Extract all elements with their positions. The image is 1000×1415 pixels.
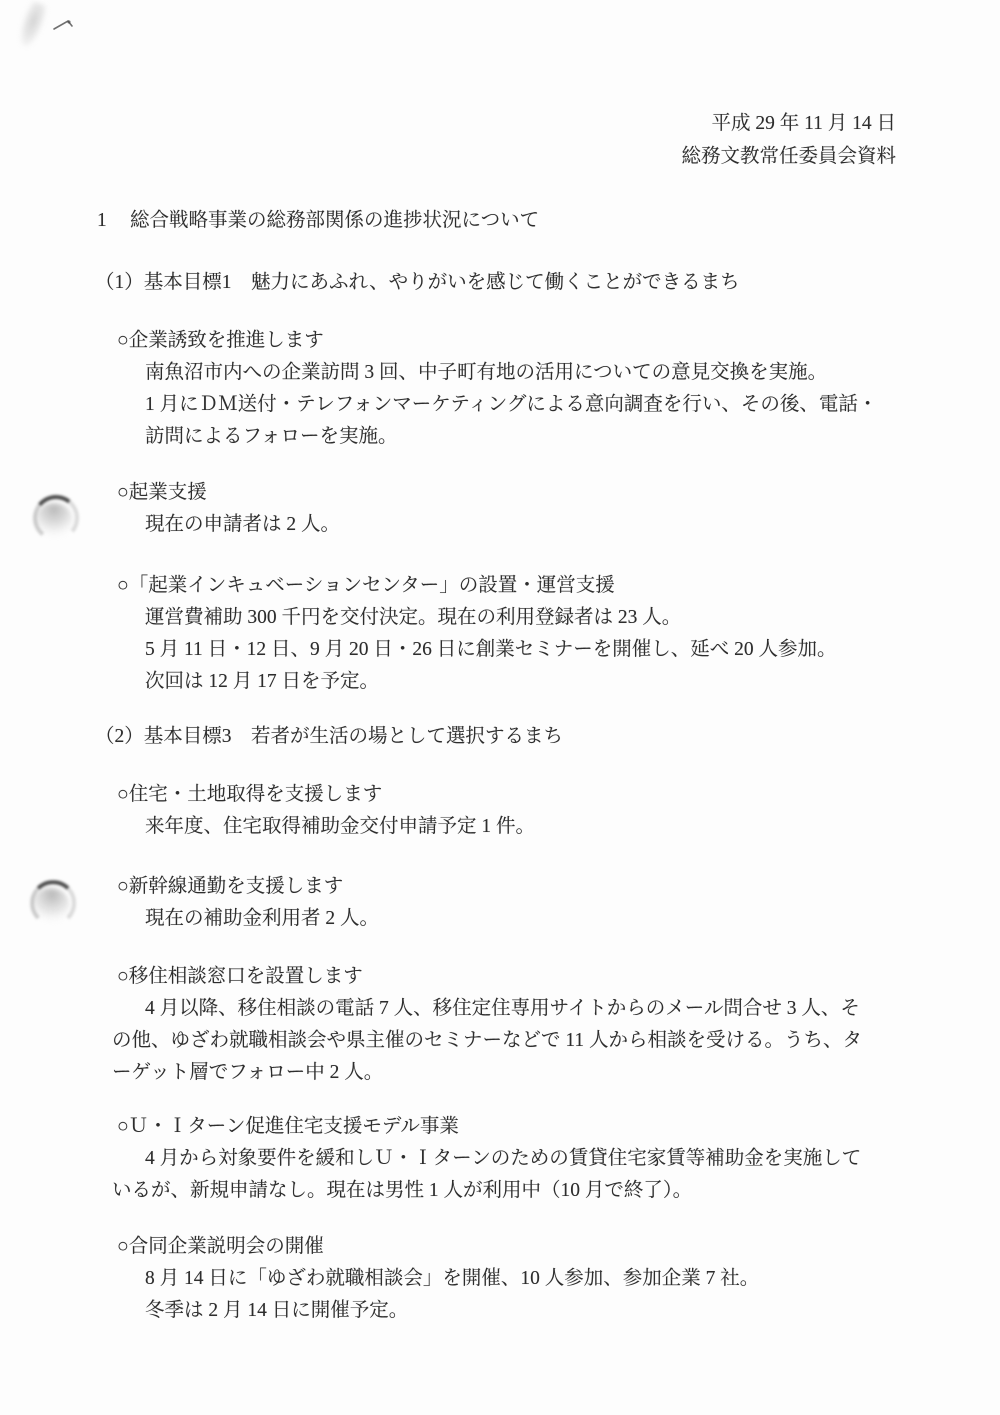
document-title-number: 1: [97, 205, 130, 237]
item-body-line: 南魚沼市内への企業訪問 3 回、中子町有地の活用についての意見交換を実施。: [112, 357, 960, 389]
item-title: ○Ｕ・Ｉターン促進住宅支援モデル事業: [117, 1111, 960, 1143]
item-body-line: ーゲット層でフォロー中 2 人。: [112, 1057, 960, 1089]
item-title: ○新幹線通勤を支援します: [117, 871, 960, 903]
item-body-line: 4 月以降、移住相談の電話 7 人、移住定住専用サイトからのメール問合せ 3 人…: [112, 993, 960, 1025]
item-body-line: 冬季は 2 月 14 日に開催予定。: [112, 1295, 960, 1327]
item-housing-land-support: ○住宅・土地取得を支援します 来年度、住宅取得補助金交付申請予定 1 件。: [112, 779, 960, 843]
item-body-line: の他、ゆざわ就職相談会や県主催のセミナーなどで 11 人から相談を受ける。うち、…: [112, 1025, 960, 1057]
section-heading-goal1: （1）基本目標1 魅力にあふれ、やりがいを感じて働くことができるまち: [95, 267, 740, 299]
item-shinkansen-commute: ○新幹線通勤を支援します 現在の補助金利用者 2 人。: [112, 871, 960, 935]
document-title: 1総合戦略事業の総務部関係の進捗状況について: [97, 205, 539, 237]
scanned-document-page: 平成 29 年 11 月 14 日 総務文教常任委員会資料 1総合戦略事業の総務…: [0, 0, 1000, 1415]
item-body-line: 現在の補助金利用者 2 人。: [112, 903, 960, 935]
item-body-line: 5 月 11 日・12 日、9 月 20 日・26 日に創業セミナーを開催し、延…: [112, 634, 960, 666]
item-ui-turn-housing-model: ○Ｕ・Ｉターン促進住宅支援モデル事業 4 月から対象要件を緩和しＵ・Ｉターンのた…: [112, 1111, 960, 1207]
punch-hole-shadow-bottom: [28, 878, 77, 930]
item-body-line: 訪問によるフォローを実施。: [112, 421, 960, 453]
item-body-line: 来年度、住宅取得補助金交付申請予定 1 件。: [112, 811, 960, 843]
item-incubation-center: ○「起業インキュベーションセンター」の設置・運営支援 運営費補助 300 千円を…: [112, 570, 960, 698]
section-heading-goal3: （2）基本目標3 若者が生活の場として選択するまち: [95, 721, 563, 753]
item-title: ○住宅・土地取得を支援します: [117, 779, 960, 811]
item-body-line: 現在の申請者は 2 人。: [112, 509, 960, 541]
item-body-line: 8 月 14 日に「ゆざわ就職相談会」を開催、10 人参加、参加企業 7 社。: [112, 1263, 960, 1295]
pen-mark-artifact: [52, 18, 78, 40]
document-title-text: 総合戦略事業の総務部関係の進捗状況について: [130, 210, 539, 231]
document-header: 平成 29 年 11 月 14 日 総務文教常任委員会資料: [681, 107, 896, 173]
item-title: ○移住相談窓口を設置します: [117, 961, 960, 993]
item-joint-company-briefing: ○合同企業説明会の開催 8 月 14 日に「ゆざわ就職相談会」を開催、10 人参…: [112, 1231, 960, 1327]
item-body-line: 1 月にＤＭ送付・テレフォンマーケティングによる意向調査を行い、その後、電話・: [112, 389, 960, 421]
item-title: ○「起業インキュベーションセンター」の設置・運営支援: [117, 570, 960, 602]
committee-name: 総務文教常任委員会資料: [681, 140, 896, 173]
item-body-line: 運営費補助 300 千円を交付決定。現在の利用登録者は 23 人。: [112, 602, 960, 634]
document-date: 平成 29 年 11 月 14 日: [681, 107, 896, 140]
item-body-line: 次回は 12 月 17 日を予定。: [112, 666, 960, 698]
item-startup-support: ○起業支援 現在の申請者は 2 人。: [112, 477, 960, 541]
item-title: ○企業誘致を推進します: [117, 325, 960, 357]
item-body-line: 4 月から対象要件を緩和しＵ・Ｉターンのための賃貸住宅家賃等補助金を実施して: [112, 1143, 960, 1175]
item-corporate-attraction: ○企業誘致を推進します 南魚沼市内への企業訪問 3 回、中子町有地の活用について…: [112, 325, 960, 453]
scan-smudge-artifact: [15, 0, 50, 50]
item-body-line: いるが、新規申請なし。現在は男性 1 人が利用中（10 月で終了）。: [112, 1175, 960, 1207]
punch-hole-shadow-top: [33, 495, 77, 543]
item-title: ○起業支援: [117, 477, 960, 509]
item-title: ○合同企業説明会の開催: [117, 1231, 960, 1263]
item-migration-consultation: ○移住相談窓口を設置します 4 月以降、移住相談の電話 7 人、移住定住専用サイ…: [112, 961, 960, 1089]
